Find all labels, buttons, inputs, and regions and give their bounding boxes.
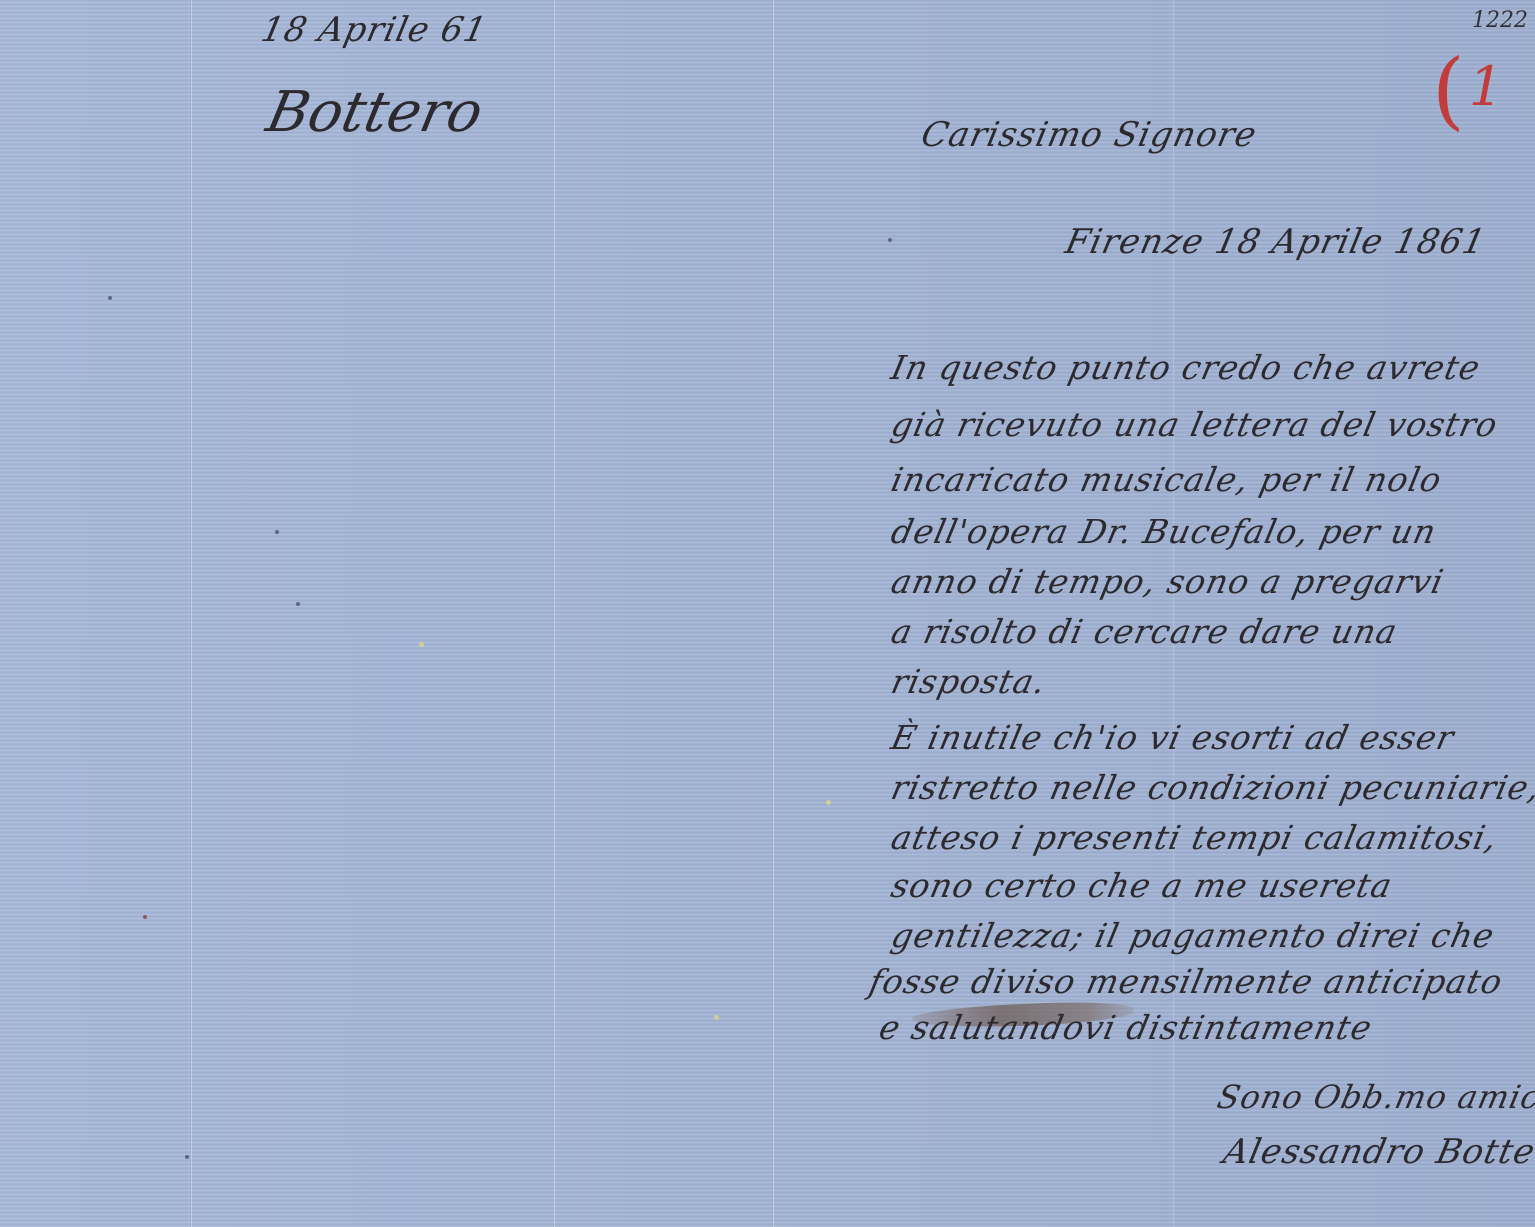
closing: Sono Obb.mo amico [1214, 1078, 1535, 1116]
body-line: gentilezza; il pagamento direi che [888, 916, 1498, 955]
body-line: È inutile ch'io vi esorti ad esser [888, 718, 1458, 757]
body-line: e salutandovi distintamente [876, 1008, 1376, 1047]
body-line: anno di tempo, sono a pregarvi [888, 562, 1448, 601]
fold-line [190, 0, 193, 1227]
docket-name: Bottero [261, 80, 488, 145]
letter-paper: 18 Aprile 61 Bottero 1222 (1 Carissimo S… [0, 0, 1535, 1227]
body-line: ristretto nelle condizioni pecuniarie, [888, 768, 1535, 807]
archive-number: 1222 [1472, 8, 1528, 33]
red-speck [143, 915, 147, 919]
ink-speck [108, 296, 112, 300]
ink-speck [888, 238, 892, 242]
salutation: Carissimo Signore [918, 115, 1261, 155]
dateline: Firenze 18 Aprile 1861 [1062, 222, 1490, 262]
ink-speck [185, 1155, 189, 1159]
fold-line [553, 0, 556, 1227]
body-line: dell'opera Dr. Bucefalo, per un [888, 512, 1440, 551]
body-line: già ricevuto una lettera del vostro [888, 405, 1502, 444]
signature: Alessandro Bottero [1220, 1132, 1535, 1172]
ink-speck [296, 602, 300, 606]
docket-date: 18 Aprile 61 [258, 10, 491, 50]
red-folio-mark: (1 [1432, 48, 1499, 132]
ink-speck [275, 530, 279, 534]
body-line: atteso i presenti tempi calamitosi, [888, 818, 1501, 857]
body-line: incaricato musicale, per il nolo [888, 460, 1446, 499]
body-line: risposta. [888, 662, 1050, 701]
body-line: fosse diviso mensilmente anticipato [866, 962, 1507, 1001]
paper-spot [419, 642, 424, 647]
body-line: a risolto di cercare dare una [888, 612, 1401, 651]
fold-line [772, 0, 775, 1227]
paper-spot [826, 800, 831, 805]
paper-spot [714, 1015, 719, 1020]
body-line: In questo punto credo che avrete [888, 348, 1484, 387]
body-line: sono certo che a me usereta [888, 866, 1396, 905]
